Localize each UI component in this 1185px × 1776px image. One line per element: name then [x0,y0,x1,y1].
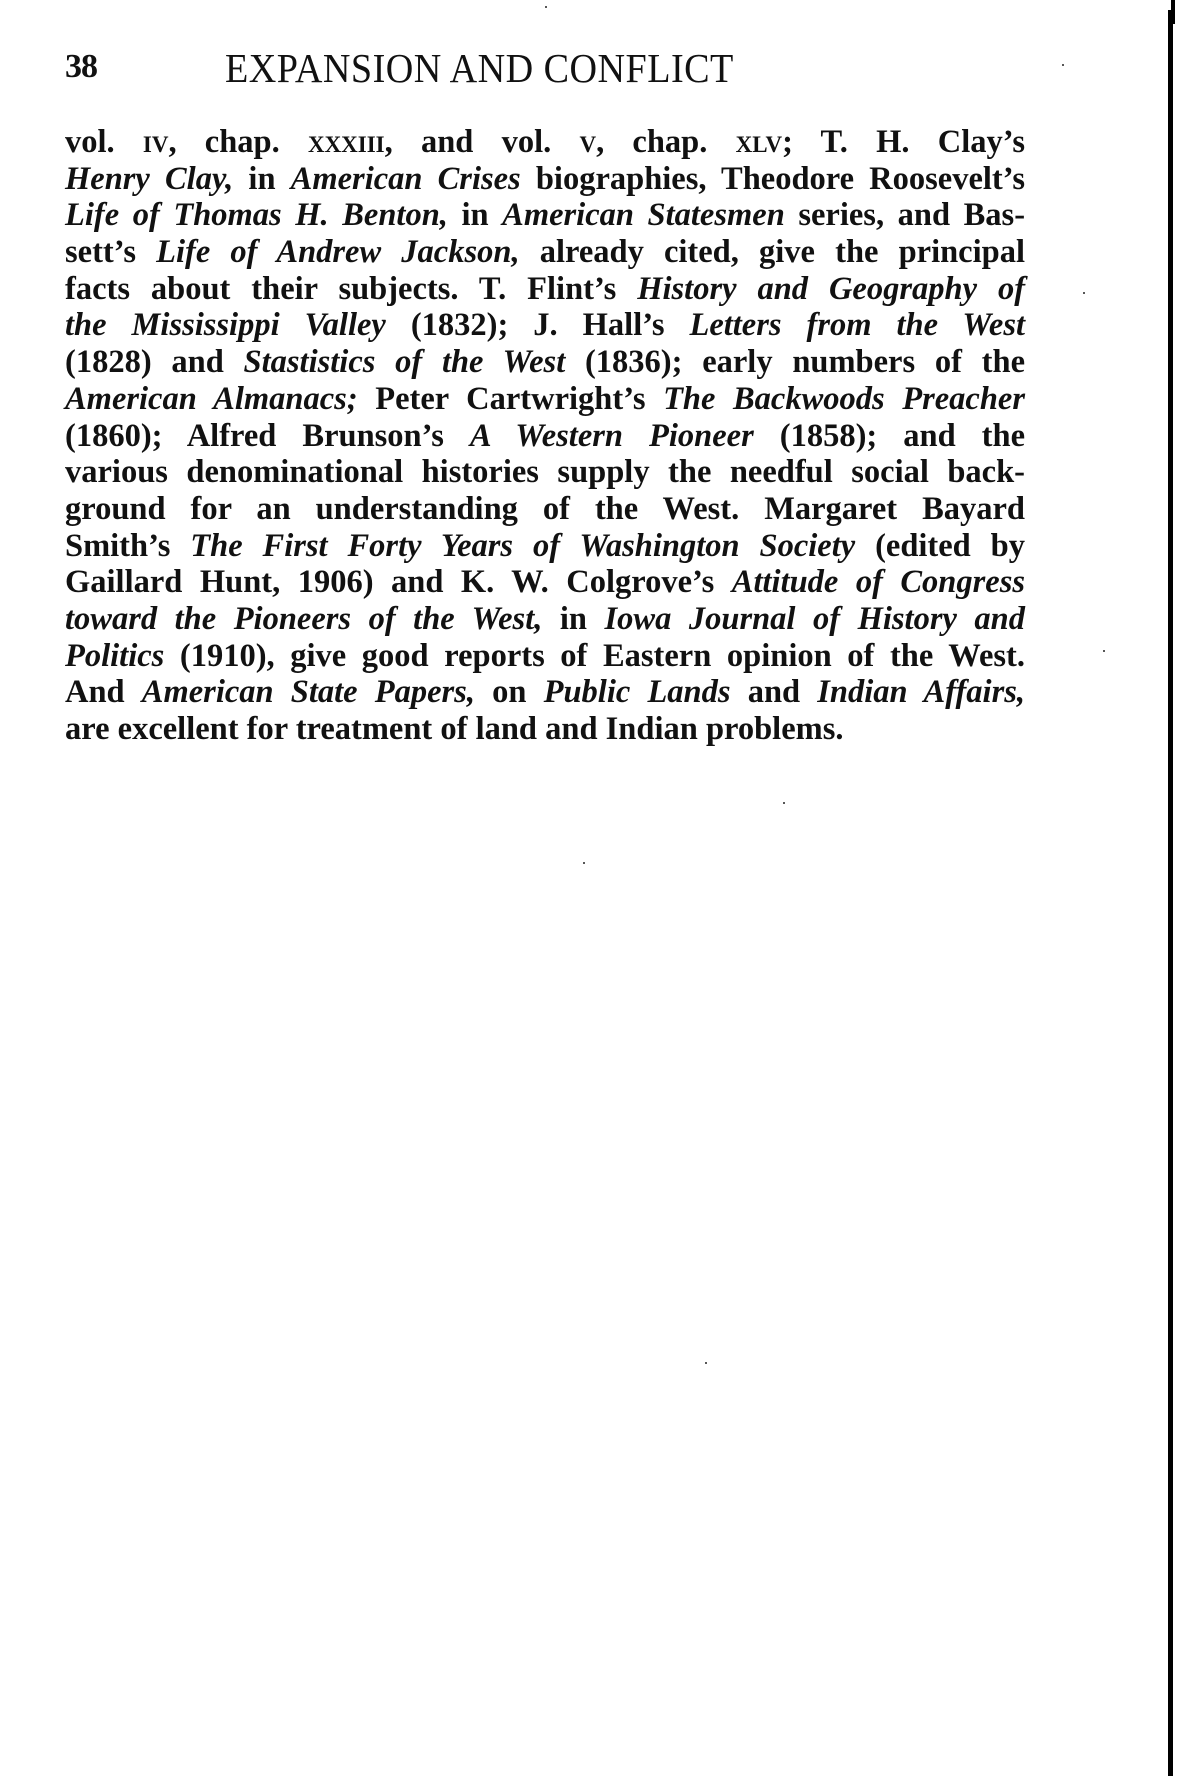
text-run: (1910), give good reports of Eastern opi… [164,638,1025,674]
text-line: And American State Papers, on Public Lan… [65,674,1025,711]
italic-title: American Crises [291,161,521,197]
text-run: (1836); early numbers of the [565,344,1025,380]
text-run: facts about their subjects. T. Flint’s [65,271,637,307]
text-line: ground for an understanding of the West.… [65,491,1025,528]
scan-speck [1062,64,1064,66]
text-line: (1860); Alfred Brunson’s A Western Pione… [65,418,1025,455]
page-binding-edge [1168,10,1173,1776]
italic-title: American State Papers, [142,674,475,710]
text-run: (1860); Alfred Brunson’s [65,418,470,454]
text-line: are excellent for treatment of land and … [65,711,1025,748]
text-run: Gaillard Hunt, 1906) and K. W. Colgrove’… [65,564,732,600]
text-run: ground for an understanding of the West.… [65,491,1025,527]
italic-title: Life of Thomas H. Benton, [65,197,448,233]
text-line: American Almanacs; Peter Cartwright’s Th… [65,381,1025,418]
italic-title: A Western Pioneer [470,418,754,454]
italic-title: The First Forty Years of Washington Soci… [190,528,855,564]
italic-title: History and Geography of [637,271,1025,307]
scan-speck [1103,650,1105,652]
italic-title: Henry Clay, [65,161,233,197]
text-run: and [731,674,818,710]
italic-title: the Mississippi Valley [65,307,386,343]
text-run: (edited by [855,528,1025,564]
scan-speck [583,862,585,864]
text-run: Smith’s [65,528,190,564]
scan-speck [1083,292,1085,294]
scan-speck [545,6,547,8]
text-line: the Mississippi Valley (1832); J. Hall’s… [65,307,1025,344]
text-line: facts about their subjects. T. Flint’s H… [65,271,1025,308]
text-run: in [233,161,290,197]
text-line: Henry Clay, in American Crises biographi… [65,161,1025,198]
text-line: (1828) and Stastistics of the West (1836… [65,344,1025,381]
text-line: Smith’s The First Forty Years of Washing… [65,528,1025,565]
page-header: 38 EXPANSION AND CONFLICT [65,44,1025,94]
italic-title: Iowa Journal of History and [605,601,1025,637]
italic-title: Indian Affairs, [817,674,1025,710]
text-line: vol. iv, chap. xxxiii, and vol. v, chap.… [65,124,1025,161]
text-run: (1828) and [65,344,244,380]
text-run: (1832); J. Hall’s [386,307,690,343]
text-run: series, and Bas- [785,197,1025,233]
text-run: already cited, give the principal [520,234,1025,270]
roman-numeral: v [579,124,596,160]
scan-speck [783,802,785,804]
text-run: ; T. H. Clay’s [782,124,1025,160]
bibliography-paragraph: vol. iv, chap. xxxiii, and vol. v, chap.… [65,124,1025,748]
italic-title: Letters from the West [689,307,1025,343]
running-head: EXPANSION AND CONFLICT [225,44,734,92]
text-line: toward the Pioneers of the West, in Iowa… [65,601,1025,638]
roman-numeral: xlv [736,124,782,160]
text-run: , and vol. [385,124,580,160]
text-run: in [448,197,502,233]
text-run: on [475,674,544,710]
text-run: are excellent for treatment of land and … [65,711,843,747]
text-run: , chap. [168,124,308,160]
text-run: And [65,674,142,710]
page-number: 38 [65,48,97,86]
text-run: Peter Cartwright’s [358,381,663,417]
text-line: Gaillard Hunt, 1906) and K. W. Colgrove’… [65,564,1025,601]
italic-title: American Statesmen [502,197,785,233]
book-page: 38 EXPANSION AND CONFLICT vol. iv, chap.… [0,0,1185,1776]
italic-title: Politics [65,638,164,674]
italic-title: The Backwoods Preacher [663,381,1025,417]
italic-title: Stastistics of the West [244,344,566,380]
text-line: various denominational histories supply … [65,454,1025,491]
text-run: biographies, Theodore Roosevelt’s [521,161,1025,197]
text-run: vol. [65,124,143,160]
italic-title: Life of Andrew Jackson, [156,234,519,270]
text-run: various denominational histories supply … [65,454,1025,490]
roman-numeral: iv [143,124,169,160]
text-run: , chap. [596,124,736,160]
text-run: in [542,601,604,637]
roman-numeral: xxxiii [308,124,385,160]
text-line: sett’s Life of Andrew Jackson, already c… [65,234,1025,271]
text-run: sett’s [65,234,156,270]
italic-title: toward the Pioneers of the West, [65,601,542,637]
text-line: Life of Thomas H. Benton, in American St… [65,197,1025,234]
text-run: (1858); and the [754,418,1025,454]
italic-title: Public Lands [544,674,731,710]
italic-title: American Almanacs; [65,381,358,417]
text-line: Politics (1910), give good reports of Ea… [65,638,1025,675]
italic-title: Attitude of Congress [732,564,1025,600]
scan-speck [705,1362,707,1364]
